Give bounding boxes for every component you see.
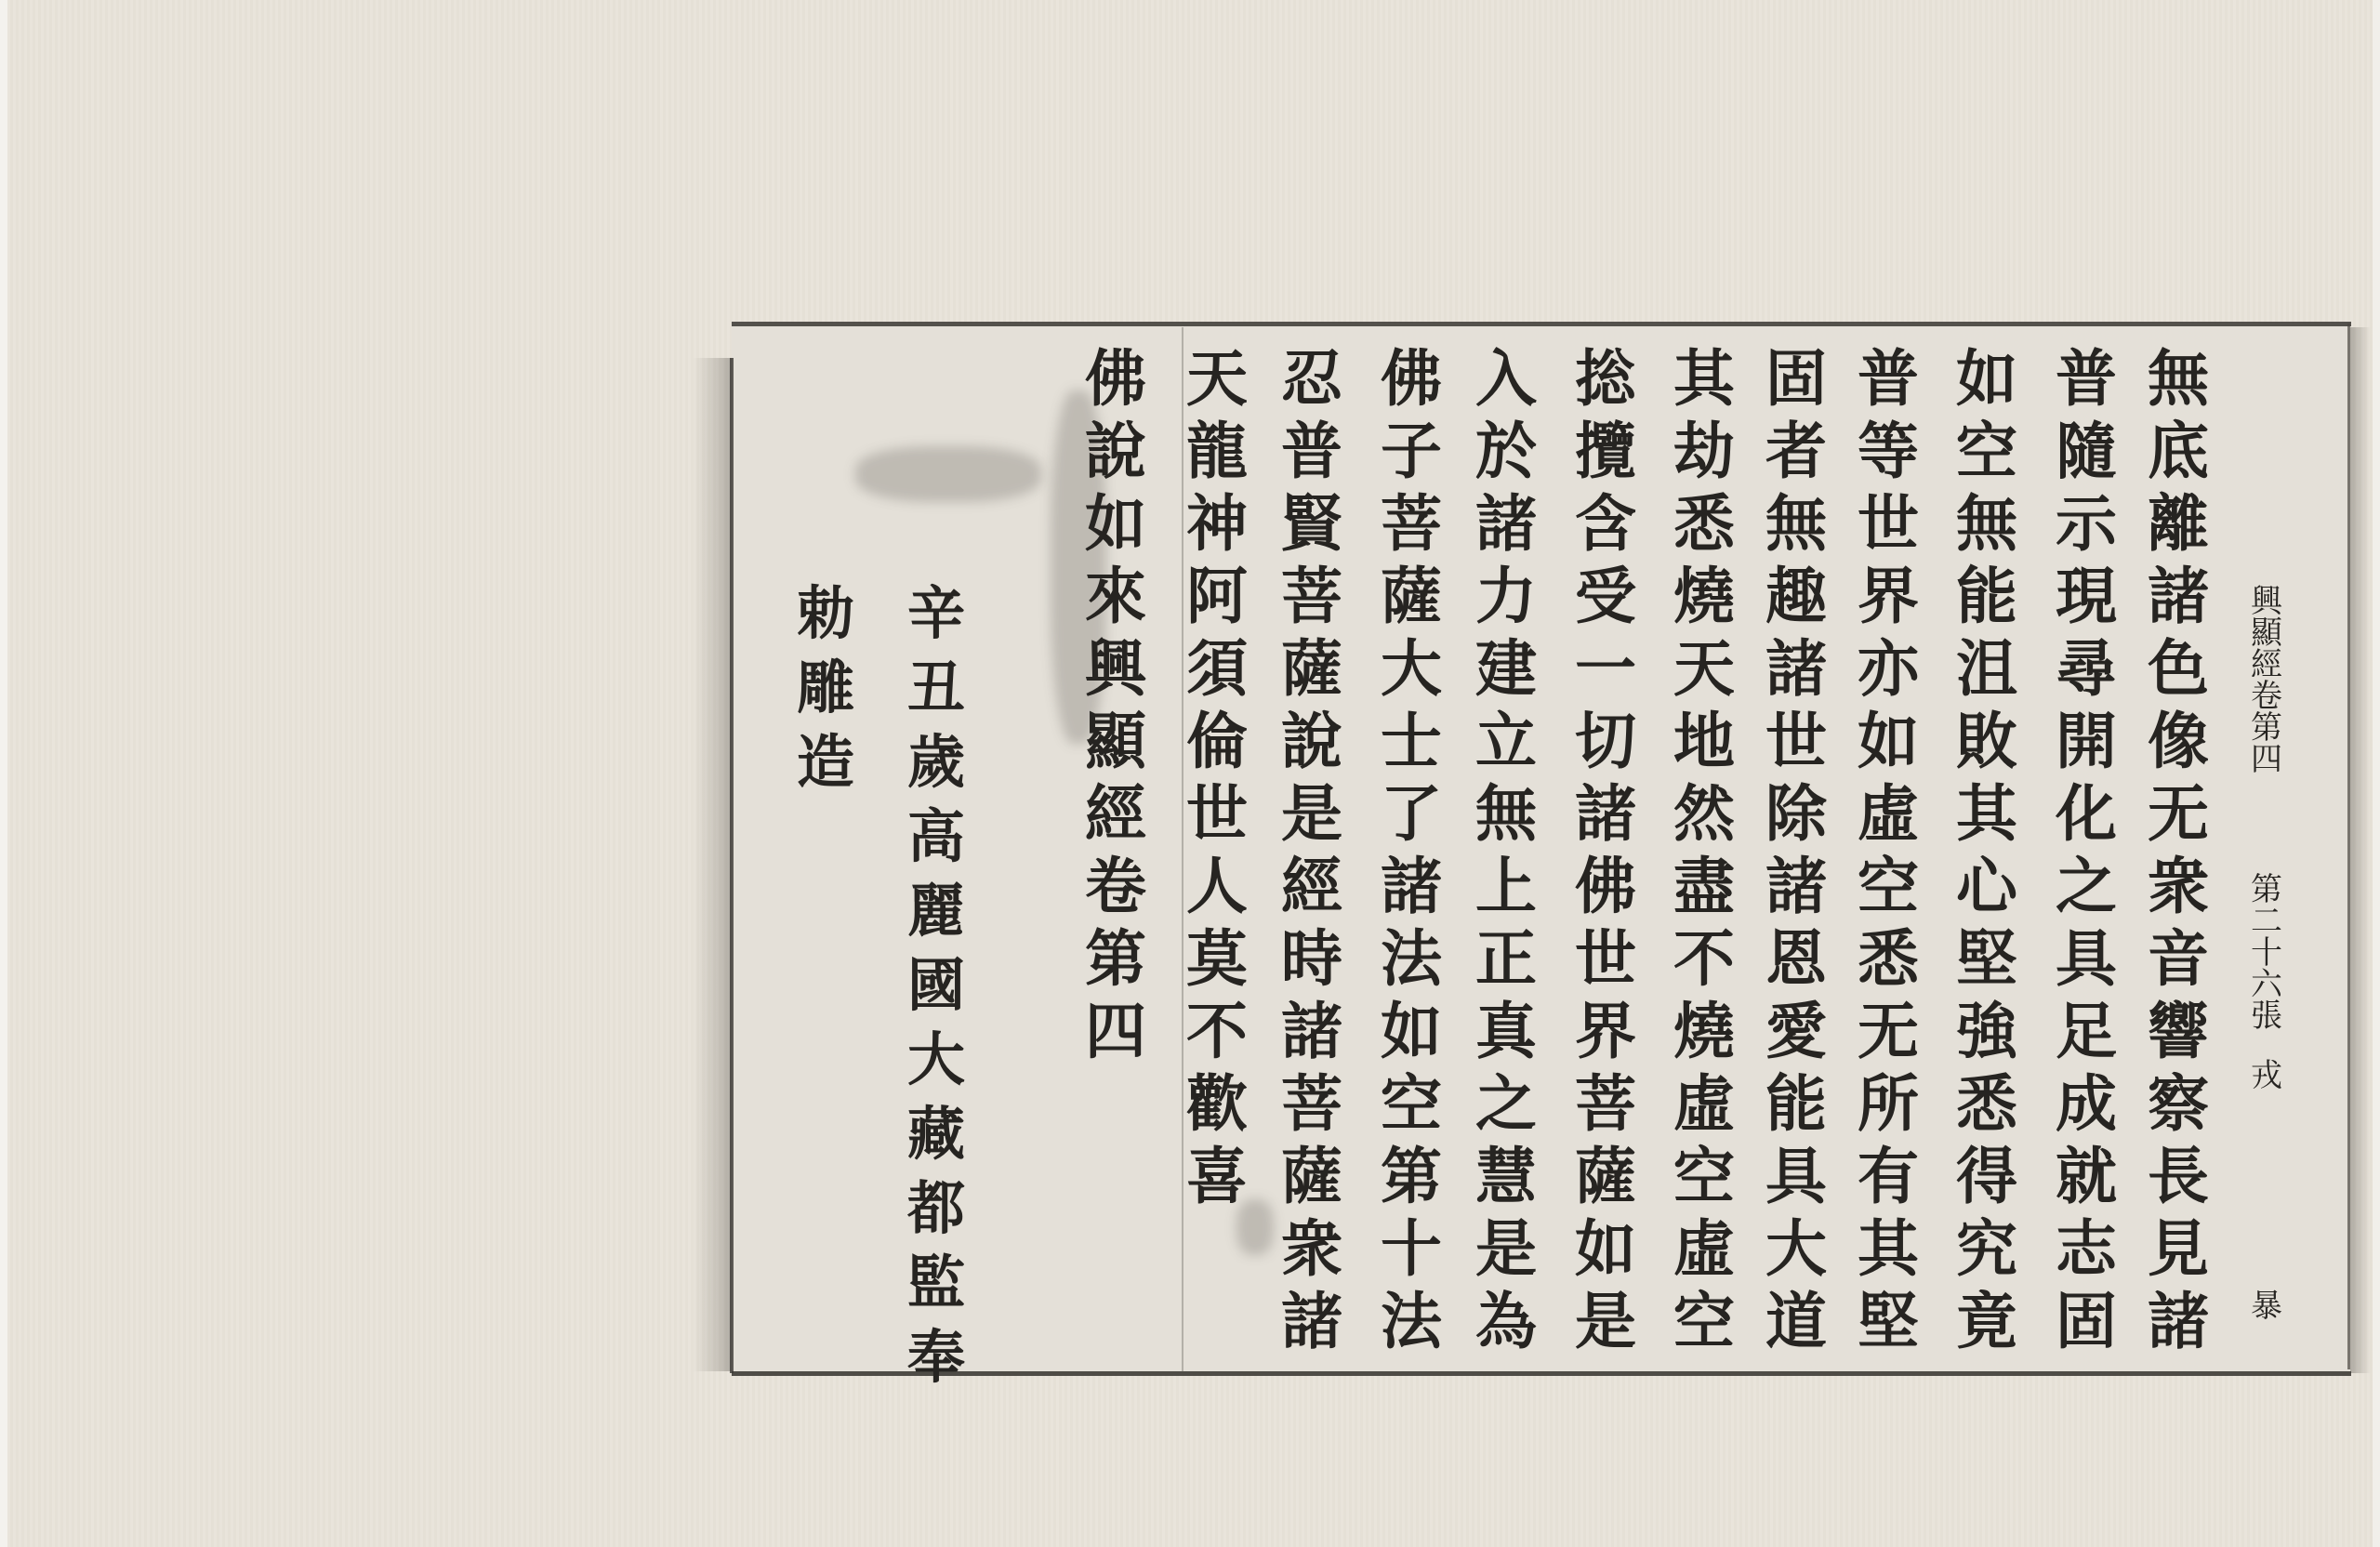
colophon-char: 歲 [907,725,965,800]
margin-char: 六 [2251,969,2282,1000]
text-char: 須 [1186,632,1248,705]
text-char: 如 [1858,705,1919,777]
text-char: 為 [1475,1285,1537,1357]
text-char: 世 [1575,922,1636,995]
text-char: 普 [1858,342,1919,415]
text-char: 喜 [1186,1140,1248,1212]
text-char: 菩 [1281,560,1342,632]
text-char: 悉 [1673,487,1735,560]
text-char: 於 [1475,415,1537,487]
text-column: 如空無能沮敗其心堅強悉得究竟 [1945,342,2029,1357]
colophon-char: 丑 [907,651,965,725]
text-char: 盡 [1673,850,1735,922]
text-char: 示 [2056,487,2117,560]
colophon-char: 勅 [797,576,854,651]
text-char: 大 [1765,1212,1827,1285]
title-char: 顯 [1085,705,1146,777]
page-left-edge [0,0,7,1547]
colophon-line-1: 辛丑歲高麗國大藏都監奉 [894,576,978,1395]
text-column: 無底離諸色像无衆音響察長見諸 [2136,342,2220,1357]
margin-char: 張 [2251,1000,2282,1032]
text-char: 空 [1673,1140,1735,1212]
title-char: 經 [1085,777,1146,850]
block-border-left [730,358,734,1373]
text-char: 是 [1475,1212,1537,1285]
text-char: 見 [2148,1212,2209,1285]
title-char: 興 [1085,632,1146,705]
text-char: 得 [1956,1140,2017,1212]
text-char: 心 [1956,850,2017,922]
text-char: 諸 [1575,777,1636,850]
text-char: 離 [2148,487,2209,560]
text-char: 界 [1858,560,1919,632]
text-char: 時 [1281,922,1342,995]
text-char: 真 [1475,995,1537,1067]
text-char: 虛 [1673,1212,1735,1285]
colophon-line-2: 勅雕造 [784,576,867,800]
text-char: 能 [1765,1067,1827,1140]
text-char: 所 [1858,1067,1919,1140]
text-char: 愛 [1765,995,1827,1067]
colophon-char: 辛 [907,576,965,651]
ink-stain [855,446,1041,502]
text-char: 世 [1765,705,1827,777]
text-char: 諸 [1381,850,1442,922]
text-char: 劫 [1673,415,1735,487]
text-char: 薩 [1281,632,1342,705]
text-column: 天龍神阿須倫世人莫不歡喜 [1175,342,1259,1212]
text-char: 十 [1381,1212,1442,1285]
text-char: 無 [1956,487,2017,560]
text-char: 然 [1673,777,1735,850]
text-char: 諸 [2148,1285,2209,1357]
mark-glyph: 戎 [2251,1060,2282,1091]
text-char: 入 [1475,342,1537,415]
text-char: 堅 [1956,922,2017,995]
title-char: 四 [1085,995,1146,1067]
text-char: 究 [1956,1212,2017,1285]
text-char: 虛 [1673,1067,1735,1140]
text-char: 捴 [1575,342,1636,415]
title-char: 如 [1085,487,1146,560]
text-char: 含 [1575,487,1636,560]
carver-glyph: 暴 [2251,1290,2282,1322]
title-char: 來 [1085,560,1146,632]
text-char: 隨 [2056,415,2117,487]
closing-title-column: 佛說如來興顯經卷第四 [1074,342,1157,1067]
text-char: 天 [1673,632,1735,705]
text-char: 建 [1475,632,1537,705]
text-char: 界 [1575,995,1636,1067]
colophon-char: 藏 [907,1097,965,1171]
text-char: 空 [1858,850,1919,922]
margin-page-number: 第二十六張 [2225,874,2308,1032]
text-column: 其劫悉燒天地然盡不燒虛空虛空 [1662,342,1746,1357]
text-char: 薩 [1381,560,1442,632]
text-char: 空 [1381,1067,1442,1140]
text-char: 像 [2148,705,2209,777]
text-char: 經 [1281,850,1342,922]
text-char: 受 [1575,560,1636,632]
text-char: 察 [2148,1067,2209,1140]
text-column: 忍普賢菩薩說是經時諸菩薩衆諸 [1270,342,1354,1357]
text-char: 菩 [1381,487,1442,560]
text-char: 歡 [1186,1067,1248,1140]
text-char: 衆 [2148,850,2209,922]
text-char: 趣 [1765,560,1827,632]
block-border-top [732,322,2351,326]
text-char: 薩 [1575,1140,1636,1212]
text-char: 悉 [1858,922,1919,995]
text-char: 空 [1956,415,2017,487]
text-char: 化 [2056,777,2117,850]
text-char: 衆 [1281,1212,1342,1285]
text-char: 佛 [1575,850,1636,922]
title-char: 說 [1085,415,1146,487]
text-char: 其 [1956,777,2017,850]
text-char: 等 [1858,415,1919,487]
text-char: 慧 [1475,1140,1537,1212]
colophon-char: 奉 [907,1320,965,1395]
text-char: 悉 [1956,1067,2017,1140]
text-char: 固 [1765,342,1827,415]
text-char: 道 [1765,1285,1827,1357]
text-char: 无 [2148,777,2209,850]
text-char: 有 [1858,1140,1919,1212]
text-char: 除 [1765,777,1827,850]
margin-char: 經 [2251,649,2282,681]
text-char: 具 [1765,1140,1827,1212]
title-char: 卷 [1085,850,1146,922]
ink-smudge-right [2350,327,2371,1373]
margin-char: 第 [2251,712,2282,744]
block-border-right [2347,324,2350,1369]
text-char: 一 [1575,632,1636,705]
text-char: 第 [1381,1140,1442,1212]
text-char: 如 [1575,1212,1636,1285]
margin-char: 興 [2251,586,2282,617]
colophon-char: 造 [797,725,854,800]
text-char: 莫 [1186,922,1248,995]
text-char: 尋 [2056,632,2117,705]
margin-char: 二 [2251,906,2282,937]
text-char: 子 [1381,415,1442,487]
text-char: 如 [1956,342,2017,415]
margin-char: 十 [2251,937,2282,969]
margin-char: 第 [2251,874,2282,906]
text-char: 強 [1956,995,2017,1067]
text-char: 無 [1475,777,1537,850]
text-char: 固 [2056,1285,2117,1357]
margin-mark: 戎 [2225,1060,2308,1091]
text-char: 切 [1575,705,1636,777]
text-char: 堅 [1858,1285,1919,1357]
text-char: 足 [2056,995,2117,1067]
text-char: 如 [1381,995,1442,1067]
text-char: 其 [1858,1212,1919,1285]
text-char: 菩 [1281,1067,1342,1140]
text-column: 普等世界亦如虛空悉无所有其堅 [1846,342,1930,1357]
text-char: 忍 [1281,342,1342,415]
text-char: 无 [1858,995,1919,1067]
text-char: 法 [1381,1285,1442,1357]
text-column: 佛子菩薩大士了諸法如空第十法 [1369,342,1453,1357]
title-char: 第 [1085,922,1146,995]
text-char: 了 [1381,777,1442,850]
text-char: 燒 [1673,560,1735,632]
margin-carver: 暴 [2225,1290,2308,1322]
margin-title: 興顯經卷第四 [2251,586,2282,775]
text-char: 無 [1765,487,1827,560]
text-column: 固者無趣諸世除諸恩愛能具大道 [1754,342,1838,1357]
title-char: 佛 [1085,342,1146,415]
text-char: 世 [1186,777,1248,850]
colophon-char: 國 [907,948,965,1023]
text-char: 普 [1281,415,1342,487]
text-char: 虛 [1858,777,1919,850]
text-char: 燒 [1673,995,1735,1067]
colophon-char: 雕 [797,651,854,725]
text-char: 攬 [1575,415,1636,487]
text-char: 之 [1475,1067,1537,1140]
colophon-char: 高 [907,800,965,874]
text-char: 諸 [1281,995,1342,1067]
text-char: 力 [1475,560,1537,632]
margin-char: 卷 [2251,681,2282,712]
text-char: 上 [1475,850,1537,922]
margin-note-column: 興顯經卷第四 [2225,586,2308,775]
text-char: 不 [1186,995,1248,1067]
text-char: 是 [1281,777,1342,850]
text-char: 大 [1381,632,1442,705]
text-char: 志 [2056,1212,2117,1285]
text-char: 不 [1673,922,1735,995]
margin-char: 顯 [2251,617,2282,649]
text-char: 沮 [1956,632,2017,705]
text-char: 正 [1475,922,1537,995]
text-char: 底 [2148,415,2209,487]
text-column: 入於諸力建立無上正真之慧是為 [1464,342,1548,1357]
text-char: 音 [2148,922,2209,995]
text-char: 亦 [1858,632,1919,705]
text-char: 空 [1673,1285,1735,1357]
text-char: 諸 [1765,632,1827,705]
text-column: 普隨示現尋開化之具足成就志固 [2044,342,2128,1357]
text-char: 就 [2056,1140,2117,1212]
text-char: 倫 [1186,705,1248,777]
ink-smudge-left [693,358,732,1371]
text-char: 開 [2056,705,2117,777]
text-char: 立 [1475,705,1537,777]
text-char: 士 [1381,705,1442,777]
text-char: 薩 [1281,1140,1342,1212]
colophon-char: 監 [907,1246,965,1320]
text-char: 世 [1858,487,1919,560]
text-char: 者 [1765,415,1827,487]
text-char: 普 [2056,342,2117,415]
colophon-char: 都 [907,1171,965,1246]
text-char: 敗 [1956,705,2017,777]
text-char: 神 [1186,487,1248,560]
text-char: 天 [1186,342,1248,415]
text-char: 諸 [1765,850,1827,922]
text-column: 捴攬含受一切諸佛世界菩薩如是 [1564,342,1647,1357]
text-char: 說 [1281,705,1342,777]
page-right-edge [2373,0,2380,1547]
text-char: 佛 [1381,342,1442,415]
text-char: 菩 [1575,1067,1636,1140]
colophon-char: 麗 [907,874,965,948]
text-char: 竟 [1956,1285,2017,1357]
margin-char: 四 [2251,744,2282,775]
text-char: 諸 [1475,487,1537,560]
text-char: 是 [1575,1285,1636,1357]
text-char: 色 [2148,632,2209,705]
text-char: 龍 [1186,415,1248,487]
text-char: 阿 [1186,560,1248,632]
text-char: 之 [2056,850,2117,922]
text-char: 諸 [2148,560,2209,632]
text-char: 具 [2056,922,2117,995]
text-char: 無 [2148,342,2209,415]
colophon-char: 大 [907,1023,965,1097]
text-char: 能 [1956,560,2017,632]
text-char: 其 [1673,342,1735,415]
text-char: 成 [2056,1067,2117,1140]
text-char: 人 [1186,850,1248,922]
text-char: 法 [1381,922,1442,995]
text-char: 賢 [1281,487,1342,560]
text-char: 恩 [1765,922,1827,995]
text-char: 響 [2148,995,2209,1067]
text-char: 諸 [1281,1285,1342,1357]
text-char: 現 [2056,560,2117,632]
text-char: 地 [1673,705,1735,777]
text-char: 長 [2148,1140,2209,1212]
